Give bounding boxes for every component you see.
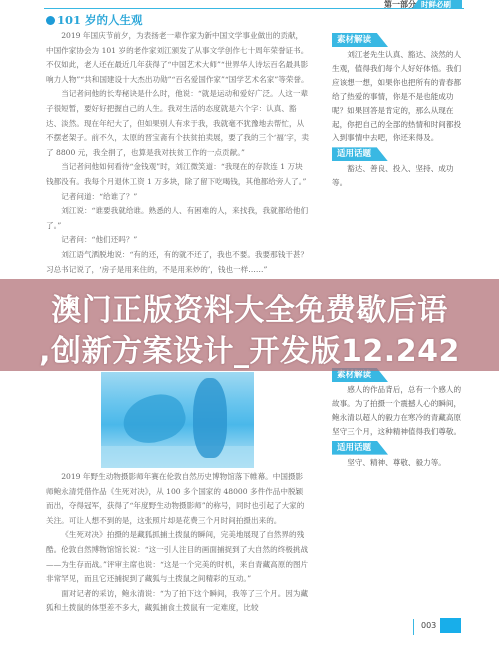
paragraph: 2019 年野生动物摄影师年赛在伦敦自然历史博物馆落下帷幕。中国摄影师鲍永清凭借… — [46, 470, 310, 528]
paragraph: 《生死对决》拍摄的是藏狐抓捕土拨鼠的瞬间，完美地展现了自然界的残酷。伦敦自然博物… — [46, 528, 310, 586]
article-body-1: 2019 年国庆节前夕，为表扬老一辈作家为新中国文学事业做出的贡献，中国作家协会… — [46, 29, 310, 277]
header-tag: 时鲜必刷 — [412, 0, 462, 9]
paragraph: 刘江说：“谁要我就给谁。熟悉的人、有困难的人，来找我，我就都给他们了。” — [46, 204, 310, 233]
sidebar-box-1: 素材解读 刘江老先生认真、豁达、淡然的人生观，值得我们每个人好好体悟。我们应该想… — [332, 33, 466, 190]
reading-label-badge: 素材解读 — [332, 33, 388, 47]
marmot-figure — [193, 378, 227, 458]
sidebar-box-2: 素材解读 感人的作品背后，总有一个感人的故事。为了拍摄一个震撼人心的瞬间，鲍永清… — [332, 368, 466, 470]
topics-label-text: 适用话题 — [337, 147, 371, 161]
header-tag-label: 时鲜必刷 — [421, 0, 451, 9]
paragraph: 当记者问他的长寿秘诀是什么时，他说：“就是运动和爱好广泛。人这一辈子很短暂，要好… — [46, 87, 310, 160]
topics-label-badge: 适用话题 — [332, 441, 388, 455]
photo-ground — [101, 446, 254, 468]
paragraph: 记者问：“他们还吗？” — [46, 233, 310, 248]
page-number: 003 — [421, 621, 436, 630]
paragraph: 面对记者的采访，鲍永清说：“为了拍下这个瞬间，我等了三个月。因为藏狐和土拨鼠的体… — [46, 587, 310, 616]
bullet-dot-icon — [46, 16, 55, 25]
reading-text: 刘江老先生认真、豁达、淡然的人生观，值得我们每个人好好体悟。我们应该想一想，如果… — [332, 48, 466, 145]
footer-rule — [413, 619, 414, 635]
topics-label-badge: 适用话题 — [332, 147, 388, 161]
article-body-2: 2019 年野生动物摄影师年赛在伦敦自然历史博物馆落下帷幕。中国摄影师鲍永清凭借… — [46, 470, 310, 616]
overlay-title-line-2: ,创新方案设计_开发版12.242 — [0, 326, 499, 370]
paragraph: 2019 年国庆节前夕，为表扬老一辈作家为新中国文学事业做出的贡献，中国作家协会… — [46, 29, 310, 87]
paragraph: 记者问道：“给谁了？” — [46, 190, 310, 205]
paragraph: 刘江语气洒脱地说：“有的还，有的就不还了，我也不要。我要那钱干甚？习总书记说了，… — [46, 248, 310, 277]
wildlife-photo — [101, 372, 254, 468]
header-part-label: 第一部分 — [384, 0, 416, 9]
section-title: 101 岁的人生观 — [46, 12, 143, 28]
reading-label-text: 素材解读 — [337, 33, 371, 47]
reading-text: 感人的作品背后，总有一个感人的故事。为了拍摄一个震撼人心的瞬间，鲍永清以超人的毅… — [332, 383, 466, 439]
overlay-title-line-1: 澳门正版资料大全免费歇后语 — [0, 285, 499, 329]
title-overlay-banner: 澳门正版资料大全免费歇后语 ,创新方案设计_开发版12.242 — [0, 279, 499, 371]
section-title-text: 101 岁的人生观 — [57, 12, 143, 28]
topics-text: 坚守、精神、尊敬、毅力等。 — [332, 456, 466, 470]
topics-text: 豁达、善良、投入、坚持、成功等。 — [332, 162, 466, 190]
paragraph: 当记者问他如何看待“金钱观”时，刘江微笑道：“我现在的存款连 1 万块钱都没有。… — [46, 160, 310, 189]
tibetan-fox-figure — [117, 388, 190, 451]
document-page: 第一部分 时鲜必刷 101 岁的人生观 2019 年国庆节前夕，为表扬老一辈作家… — [0, 0, 499, 662]
footer-color-block — [440, 618, 461, 633]
topics-label-text: 适用话题 — [337, 441, 371, 455]
